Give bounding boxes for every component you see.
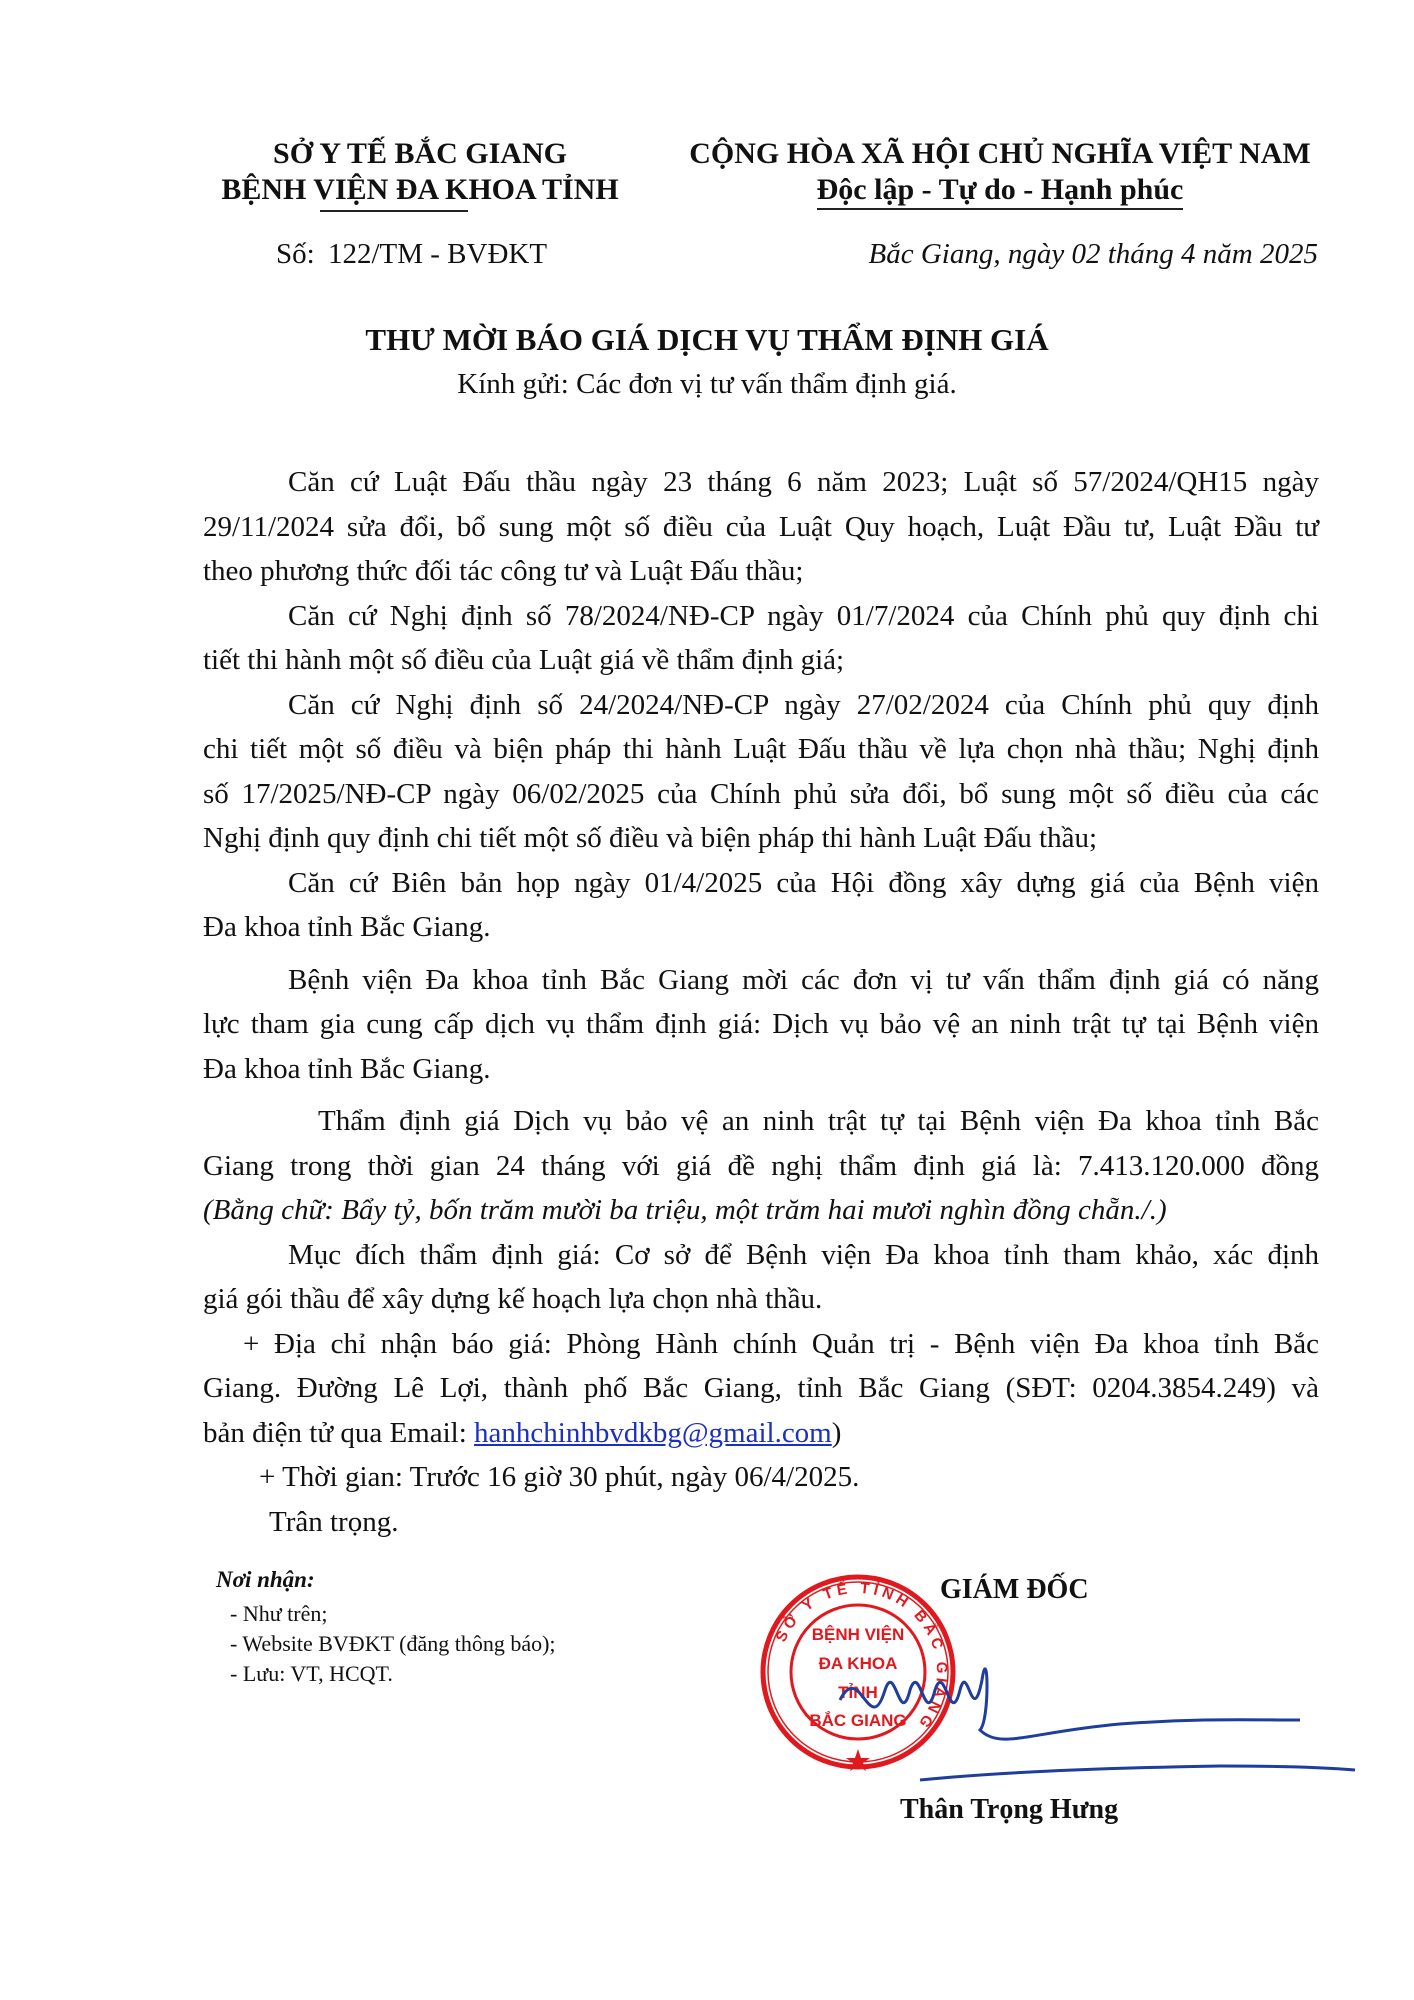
document-date: Bắc Giang, ngày 02 tháng 4 năm 2025 — [869, 238, 1318, 271]
text-line: + Thời gian: Trước 16 giờ 30 phút, ngày … — [203, 1455, 1319, 1500]
country-name: CỘNG HÒA XÃ HỘI CHỦ NGHĨA VIỆT NAM — [680, 136, 1320, 172]
text-line: Căn cứ Nghị định số 24/2024/NĐ-CP ngày 2… — [203, 683, 1319, 728]
closing-text: Trân trọng. — [203, 1500, 1319, 1545]
paragraph-address: + Địa chỉ nhận báo giá: Phòng Hành chính… — [203, 1322, 1319, 1456]
text-line: Bệnh viện Đa khoa tỉnh Bắc Giang mời các… — [203, 958, 1319, 1003]
text-line: Căn cứ Luật Đấu thầu ngày 23 tháng 6 năm… — [203, 460, 1319, 505]
doc-number-label: Số: — [276, 238, 315, 270]
text-line: Căn cứ Biên bản họp ngày 01/4/2025 của H… — [203, 861, 1319, 906]
doc-number: Số: 122/TM - BVĐKT — [276, 238, 547, 271]
signature-scribble — [800, 1620, 1370, 1790]
email-link[interactable]: hanhchinhbvdkbg@gmail.com — [474, 1417, 832, 1449]
text-line: Giang trong thời gian 24 tháng với giá đ… — [203, 1144, 1319, 1189]
text-line: Đa khoa tỉnh Bắc Giang. — [203, 905, 1319, 950]
recipient-item: - Như trên; — [230, 1599, 556, 1629]
letter-body: Căn cứ Luật Đấu thầu ngày 23 tháng 6 năm… — [203, 460, 1319, 1544]
recipient-item: - Lưu: VT, HCQT. — [230, 1659, 556, 1689]
email-line: bản điện tử qua Email: hanhchinhbvdkbg@g… — [203, 1411, 1319, 1456]
paragraph-purpose: Mục đích thẩm định giá: Cơ sở để Bệnh vi… — [203, 1233, 1319, 1322]
agency-name: SỞ Y TẾ BẮC GIANG — [190, 136, 650, 172]
text-line: + Địa chỉ nhận báo giá: Phòng Hành chính… — [203, 1322, 1319, 1367]
hospital-underline — [320, 210, 468, 212]
text-line: Nghị định quy định chi tiết một số điều … — [203, 816, 1319, 861]
text-line: chi tiết một số điều và biện pháp thi hà… — [203, 727, 1319, 772]
document-title: THƯ MỜI BÁO GIÁ DỊCH VỤ THẨM ĐỊNH GIÁ — [0, 322, 1414, 358]
national-motto: Độc lập - Tự do - Hạnh phúc — [680, 172, 1320, 208]
paragraph-legal-basis-2: Căn cứ Nghị định số 78/2024/NĐ-CP ngày 0… — [203, 594, 1319, 683]
text-line: Căn cứ Nghị định số 78/2024/NĐ-CP ngày 0… — [203, 594, 1319, 639]
paragraph-deadline: + Thời gian: Trước 16 giờ 30 phút, ngày … — [203, 1455, 1319, 1500]
text-line: Đa khoa tỉnh Bắc Giang. — [203, 1047, 1319, 1092]
text-line: theo phương thức đối tác công tư và Luật… — [203, 549, 1319, 594]
text-line: tiết thi hành một số điều của Luật giá v… — [203, 638, 1319, 683]
text-line: Giang. Đường Lê Lợi, thành phố Bắc Giang… — [203, 1366, 1319, 1411]
doc-number-value: 122/TM - BVĐKT — [328, 238, 547, 270]
text-line: 29/11/2024 sửa đổi, bổ sung một số điều … — [203, 505, 1319, 550]
salutation: Kính gửi: Các đơn vị tư vấn thẩm định gi… — [0, 368, 1414, 401]
paragraph-legal-basis-1: Căn cứ Luật Đấu thầu ngày 23 tháng 6 năm… — [203, 460, 1319, 594]
closing: Trân trọng. — [203, 1500, 1319, 1545]
recipients-list: - Như trên; - Website BVĐKT (đăng thông … — [216, 1599, 556, 1689]
text-line: số 17/2025/NĐ-CP ngày 06/02/2025 của Chí… — [203, 772, 1319, 817]
text-line: Thẩm định giá Dịch vụ bảo vệ an ninh trậ… — [203, 1099, 1319, 1144]
recipients-block: Nơi nhận: - Như trên; - Website BVĐKT (đ… — [216, 1567, 556, 1689]
paragraph-legal-basis-4: Căn cứ Biên bản họp ngày 01/4/2025 của H… — [203, 861, 1319, 950]
recipient-item: - Website BVĐKT (đăng thông báo); — [230, 1629, 556, 1659]
paragraph-legal-basis-3: Căn cứ Nghị định số 24/2024/NĐ-CP ngày 2… — [203, 683, 1319, 861]
hospital-name: BỆNH VIỆN ĐA KHOA TỈNH — [190, 172, 650, 208]
text-line: giá gói thầu để xây dựng kế hoạch lựa ch… — [203, 1277, 1319, 1322]
paragraph-price: Thẩm định giá Dịch vụ bảo vệ an ninh trậ… — [203, 1099, 1319, 1233]
text-line: lực tham gia cung cấp dịch vụ thẩm định … — [203, 1002, 1319, 1047]
email-label: bản điện tử qua Email: — [203, 1417, 474, 1449]
price-in-words: (Bằng chữ: Bẩy tỷ, bốn trăm mười ba triệ… — [203, 1188, 1319, 1233]
recipients-label: Nơi nhận: — [216, 1567, 556, 1593]
signer-position: GIÁM ĐỐC — [940, 1572, 1089, 1608]
signer-name: Thân Trọng Hưng — [900, 1792, 1118, 1828]
email-suffix: ) — [832, 1417, 842, 1449]
motto-text: Độc lập - Tự do - Hạnh phúc — [817, 173, 1184, 210]
paragraph-invitation: Bệnh viện Đa khoa tỉnh Bắc Giang mời các… — [203, 958, 1319, 1092]
text-line: Mục đích thẩm định giá: Cơ sở để Bệnh vi… — [203, 1233, 1319, 1278]
